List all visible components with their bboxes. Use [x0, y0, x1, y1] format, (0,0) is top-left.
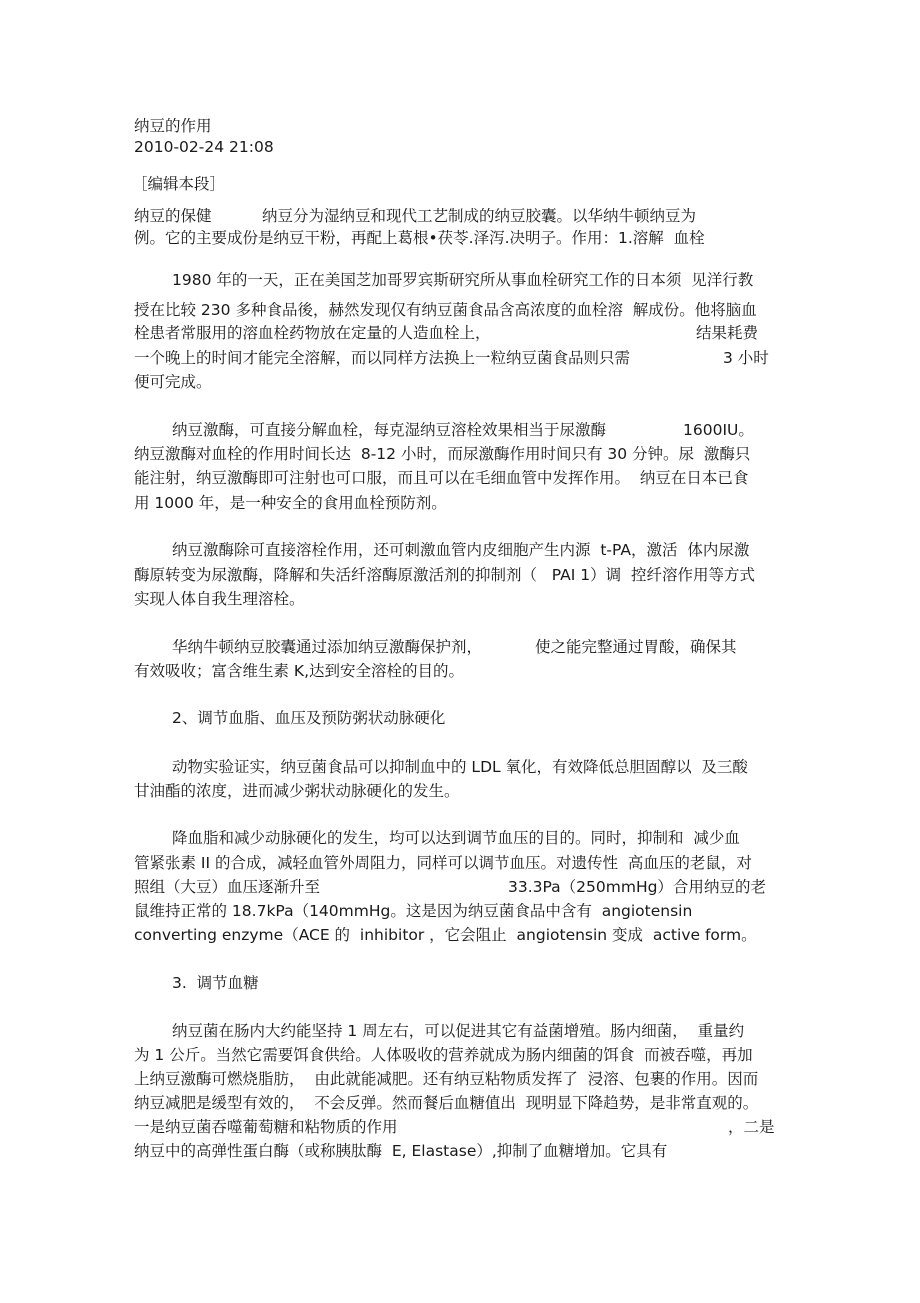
paragraph-line: 纳豆中的高弹性蛋白酶（或称胰肽酶 E, Elastase）,抑制了血糖增加。它具… [134, 1139, 667, 1163]
paragraph-line: 纳豆菌在肠内大约能坚持 1 周左右，可以促进其它有益菌增殖。肠内细菌， 重量约 [172, 1019, 744, 1043]
intro-text-line: 纳豆分为湿纳豆和现代工艺制成的纳豆胶囊。以华纳牛顿纳豆为 [262, 204, 696, 228]
intro-text-line: 例。它的主要成份是纳豆干粉，再配上葛根•茯苓.泽泻.决明子。作用：1.溶解 血栓 [134, 226, 705, 250]
paragraph-line: 降血脂和减少动脉硬化的发生，均可以达到调节血压的目的。同时，抑制和 减少血 [172, 826, 740, 850]
paragraph-line: 动物实验证实，纳豆菌食品可以抑制血中的 LDL 氧化，有效降低总胆固醇以 及三酸 [172, 755, 748, 779]
paragraph-line: 结果耗费 [696, 321, 758, 345]
paragraph-line: 一是纳豆菌吞噬葡萄糖和粘物质的作用 [134, 1115, 398, 1139]
paragraph-line: 33.3Pa（250mmHg）合用纳豆的老 [508, 875, 766, 899]
paragraph-line: 便可完成。 [134, 370, 212, 394]
paragraph-line: 3 小时 [723, 346, 769, 370]
paragraph-line: 华纳牛顿纳豆胶囊通过添加纳豆激酶保护剂， [172, 635, 482, 659]
paragraph-line: 实现人体自我生理溶栓。 [134, 587, 305, 611]
section-heading-2: 2、调节血脂、血压及预防粥状动脉硬化 [172, 706, 445, 730]
paragraph-line: 鼠维持正常的 18.7kPa（140mmHg。这是因为纳豆菌食品中含有 angi… [134, 899, 692, 923]
paragraph-line: 授在比较 230 多种食品後，赫然发现仅有纳豆菌食品含高浓度的血栓溶 解成份。他… [134, 298, 757, 322]
paragraph-line: converting enzyme（ACE 的 inhibitor ，它会阻止 … [134, 923, 757, 947]
paragraph-line: 1600IU。 [683, 418, 754, 442]
section-heading-3: 3. 调节血糖 [172, 971, 259, 995]
paragraph-line: 一个晚上的时间才能完全溶解，而以同样方法换上一粒纳豆菌食品则只需 [134, 346, 630, 370]
paragraph-line: 为 1 公斤。当然它需要饵食供给。人体吸收的营养就成为肠内细菌的饵食 而被吞噬，… [134, 1043, 753, 1067]
paragraph-line: 有效吸收；富含维生素 K,达到安全溶栓的目的。 [134, 659, 464, 683]
paragraph-line: 照组（大豆）血压逐渐升至 [134, 875, 320, 899]
paragraph-line: 酶原转变为尿激酶，降解和失活纤溶酶原激活剂的抑制剂（ PAI 1）调 控纤溶作用… [134, 563, 755, 587]
edit-section-link[interactable]: ［编辑本段］ [132, 172, 225, 196]
paragraph-line: ，二是 [728, 1115, 775, 1139]
paragraph-line: 上纳豆激酶可燃烧脂肪， 由此就能减肥。还有纳豆粘物质发挥了 浸溶、包裹的作用。因… [134, 1067, 758, 1091]
document-page: 纳豆的作用 2010-02-24 21:08 ［编辑本段］ 纳豆的保健 纳豆分为… [0, 0, 920, 1303]
paragraph-line: 纳豆激酶，可直接分解血栓，每克湿纳豆溶栓效果相当于尿激酶 [172, 418, 606, 442]
paragraph-line: 纳豆激酶除可直接溶栓作用，还可刺激血管内皮细胞产生内源 t-PA，激活 体内尿激 [172, 538, 749, 562]
paragraph-line: 用 1000 年，是一种安全的食用血栓预防剂。 [134, 491, 447, 515]
paragraph-line: 纳豆激酶对血栓的作用时间长达 8-12 小时，而尿激酶作用时间只有 30 分钟。… [134, 442, 750, 466]
paragraph-line: 能注射，纳豆激酶即可注射也可口服，而且可以在毛细血管中发挥作用。 纳豆在日本已食 [134, 466, 748, 490]
paragraph-line: 甘油酯的浓度，进而减少粥状动脉硬化的发生。 [134, 779, 460, 803]
paragraph-line: 管紧张素 II 的合成，减轻血管外周阻力，同样可以调节血压。对遗传性 高血压的老… [134, 851, 752, 875]
paragraph-line: 纳豆减肥是缓型有效的， 不会反弹。然而餐后血糖值出 现明显下降趋势，是非常直观的… [134, 1091, 758, 1115]
paragraph-line: 1980 年的一天，正在美国芝加哥罗宾斯研究所从事血栓研究工作的日本须 见洋行教 [172, 268, 753, 292]
intro-label: 纳豆的保健 [134, 204, 212, 228]
paragraph-line: 栓患者常服用的溶血栓药物放在定量的人造血栓上， [134, 321, 491, 345]
document-datetime: 2010-02-24 21:08 [134, 135, 274, 159]
paragraph-line: 使之能完整通过胃酸，确保其 [535, 635, 737, 659]
